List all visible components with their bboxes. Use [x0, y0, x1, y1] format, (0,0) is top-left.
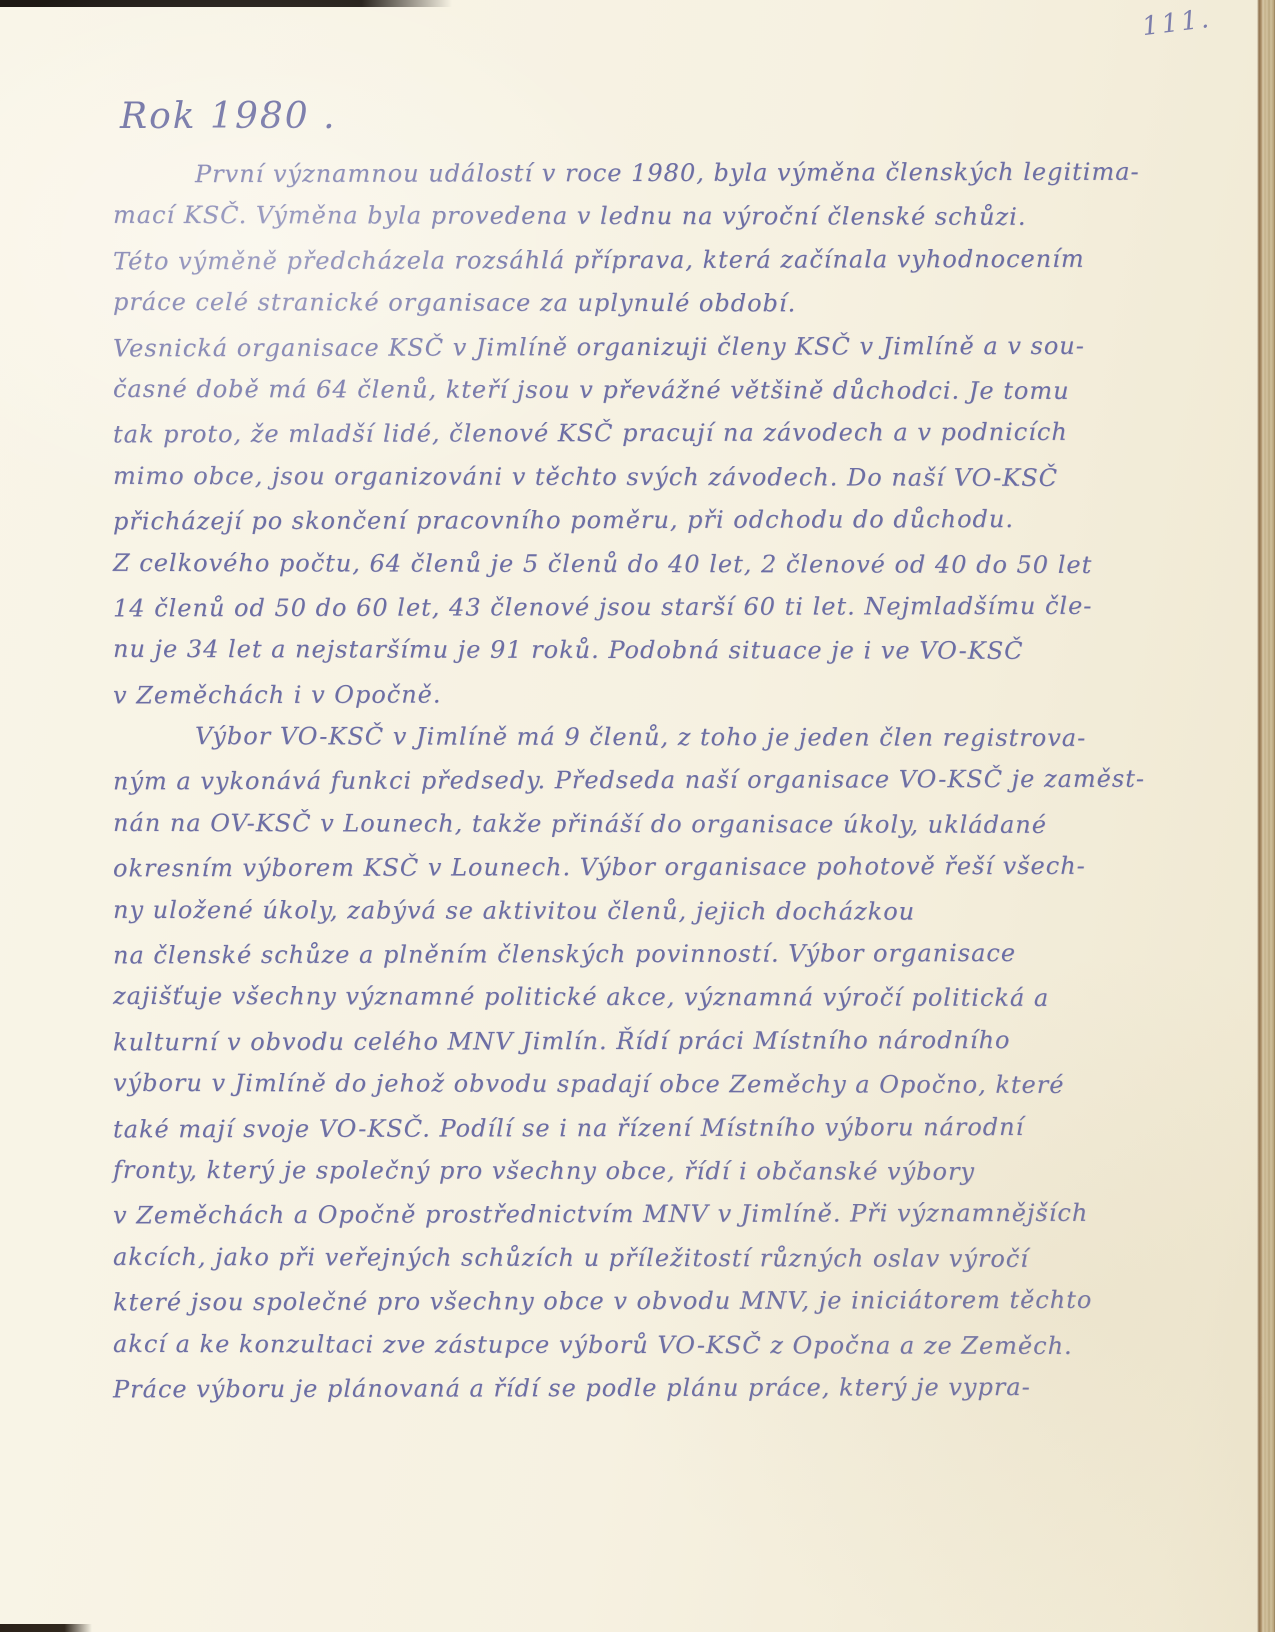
text-line: časné době má 64 členů, kteří jsou v pře…	[113, 368, 1163, 414]
text-line: ným a vykonává funkci předsedy. Předseda…	[113, 758, 1163, 804]
text-line: 14 členů od 50 do 60 let, 43 členové jso…	[113, 585, 1163, 631]
text-line-content: fronty, který je společný pro všechny ob…	[113, 1156, 975, 1186]
text-line-content: výboru v Jimlíně do jehož obvodu spadají…	[113, 1069, 1064, 1099]
binding-shadow-bottom	[0, 1624, 92, 1632]
text-line: v Zeměchách i v Opočně.	[113, 671, 1163, 717]
text-line: Této výměně předcházela rozsáhlá příprav…	[113, 237, 1163, 283]
text-line: ny uložené úkoly, zabývá se aktivitou čl…	[113, 889, 1163, 935]
text-line: Výbor VO-KSČ v Jimlíně má 9 členů, z toh…	[113, 715, 1163, 761]
text-line: Vesnická organisace KSČ v Jimlíně organi…	[113, 324, 1163, 370]
text-line: také mají svoje VO-KSČ. Podílí se i na ř…	[113, 1105, 1163, 1151]
text-line: na členské schůze a plněním členských po…	[113, 932, 1163, 978]
text-line: mací KSČ. Výměna byla provedena v lednu …	[113, 194, 1163, 240]
text-line: První významnou událostí v roce 1980, by…	[113, 151, 1163, 197]
text-line-content: nán na OV-KSČ v Lounech, takže přináší d…	[113, 809, 1047, 839]
text-line-content: 14 členů od 50 do 60 let, 43 členové jso…	[113, 592, 1092, 623]
text-line-content: zajišťuje všechny významné politické akc…	[113, 982, 1049, 1012]
text-line-content: které jsou společné pro všechny obce v o…	[113, 1286, 1092, 1317]
text-line-content: Z celkového počtu, 64 členů je 5 členů d…	[113, 548, 1092, 578]
text-line-content: První významnou událostí v roce 1980, by…	[195, 158, 1140, 188]
text-line: tak proto, že mladší lidé, členové KSČ p…	[113, 411, 1163, 457]
chronicle-page-scan: 111. Rok 1980 . První významnou událostí…	[0, 0, 1275, 1632]
text-line: mimo obce, jsou organizováni v těchto sv…	[113, 455, 1163, 501]
text-line-content: práce celé stranické organisace za uplyn…	[113, 288, 796, 317]
text-line: nán na OV-KSČ v Lounech, takže přináší d…	[113, 802, 1163, 848]
text-line: práce celé stranické organisace za uplyn…	[113, 281, 1163, 327]
text-line-content: nu je 34 let a nejstaršímu je 91 roků. P…	[113, 635, 1024, 665]
text-line: okresním výborem KSČ v Lounech. Výbor or…	[113, 845, 1163, 891]
text-line-content: akcích, jako při veřejných schůzích u př…	[113, 1243, 1029, 1273]
text-line-content: okresním výborem KSČ v Lounech. Výbor or…	[113, 852, 1086, 883]
document-heading: Rok 1980 .	[120, 96, 337, 137]
page-number: 111.	[1140, 4, 1213, 42]
text-line-content: na členské schůze a plněním členských po…	[113, 939, 1016, 969]
text-line-content: časné době má 64 členů, kteří jsou v pře…	[113, 375, 1070, 405]
text-line-content: Vesnická organisace KSČ v Jimlíně organi…	[113, 331, 1085, 362]
text-line: fronty, který je společný pro všechny ob…	[113, 1149, 1163, 1195]
text-line-content: mací KSČ. Výměna byla provedena v lednu …	[113, 201, 1027, 231]
text-line: zajišťuje všechny významné politické akc…	[113, 975, 1163, 1021]
text-line-content: ným a vykonává funkci předsedy. Předseda…	[113, 765, 1145, 796]
text-line-content: ny uložené úkoly, zabývá se aktivitou čl…	[113, 896, 915, 926]
text-line-content: akcí a ke konzultaci zve zástupce výborů…	[113, 1329, 1073, 1359]
text-line: v Zeměchách a Opočně prostřednictvím MNV…	[113, 1192, 1163, 1238]
text-line-content: kulturní v obvodu celého MNV Jimlín. Říd…	[113, 1026, 1011, 1056]
text-line-content: mimo obce, jsou organizováni v těchto sv…	[113, 462, 1058, 492]
text-line: nu je 34 let a nejstaršímu je 91 roků. P…	[113, 628, 1163, 674]
text-line: Z celkového počtu, 64 členů je 5 členů d…	[113, 541, 1163, 587]
text-line-content: Této výměně předcházela rozsáhlá příprav…	[113, 245, 1085, 276]
text-line-content: tak proto, že mladší lidé, členové KSČ p…	[113, 418, 1068, 448]
text-line-content: v Zeměchách i v Opočně.	[113, 680, 442, 709]
text-line-content: Výbor VO-KSČ v Jimlíně má 9 členů, z toh…	[195, 722, 1086, 752]
text-line: které jsou společné pro všechny obce v o…	[113, 1279, 1163, 1325]
text-line: akcí a ke konzultaci zve zástupce výborů…	[113, 1322, 1163, 1368]
binding-shadow-top	[0, 0, 452, 7]
text-line-content: přicházejí po skončení pracovního poměru…	[113, 505, 1014, 535]
text-line: akcích, jako při veřejných schůzích u př…	[113, 1236, 1163, 1282]
text-line: Práce výboru je plánovaná a řídí se podl…	[113, 1366, 1163, 1412]
text-line-content: Práce výboru je plánovaná a řídí se podl…	[113, 1373, 1031, 1403]
text-line: kulturní v obvodu celého MNV Jimlín. Říd…	[113, 1018, 1163, 1064]
text-line-content: v Zeměchách a Opočně prostřednictvím MNV…	[113, 1199, 1088, 1230]
text-line-content: také mají svoje VO-KSČ. Podílí se i na ř…	[113, 1113, 1024, 1143]
page-edge-strip	[1257, 0, 1275, 1632]
text-line: výboru v Jimlíně do jehož obvodu spadají…	[113, 1062, 1163, 1108]
text-body: První významnou událostí v roce 1980, by…	[113, 152, 1163, 1410]
text-line: přicházejí po skončení pracovního poměru…	[113, 498, 1163, 544]
